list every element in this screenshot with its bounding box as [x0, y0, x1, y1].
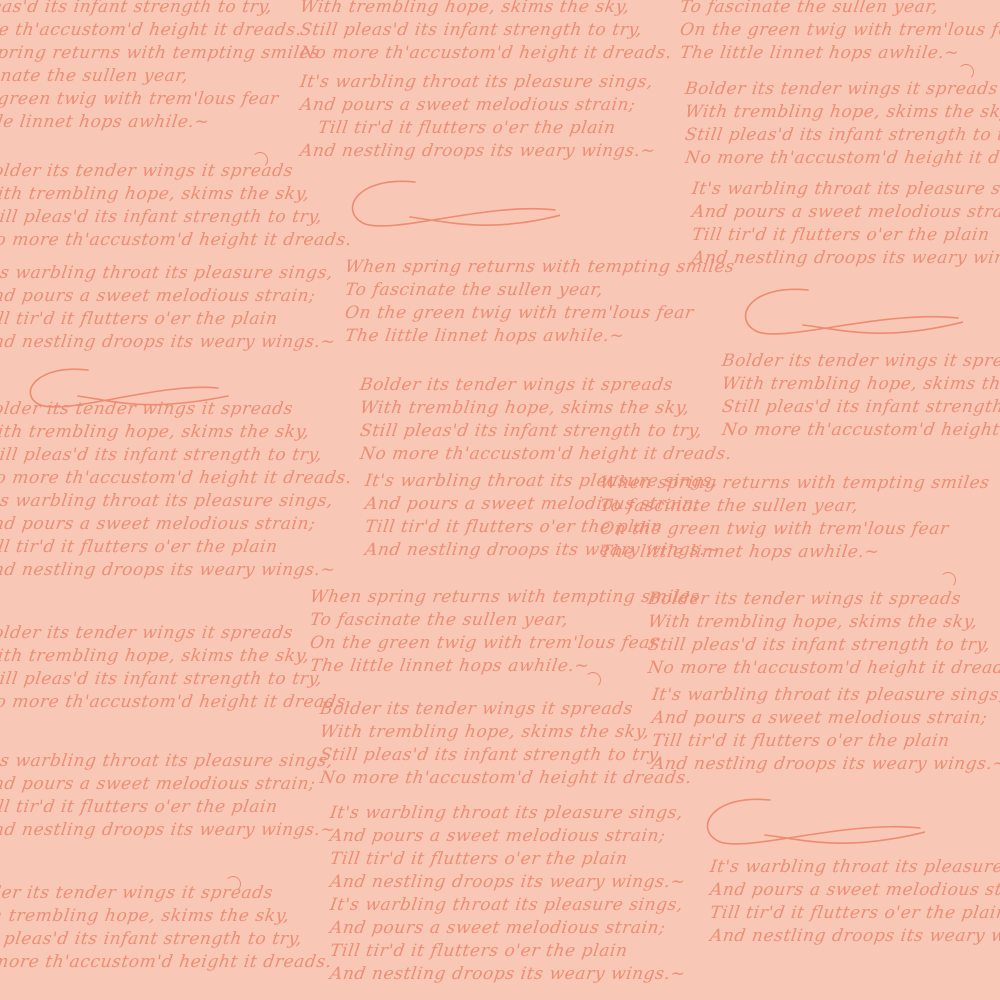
text-block: Bolder its tender wings it spreads With … — [0, 398, 352, 582]
text-block: When spring returns with tempting smiles… — [310, 586, 699, 678]
poem-line: And pours a sweet melodious strain; — [708, 879, 1000, 902]
poem-line: With trembling hope, skims the sky, — [0, 645, 353, 668]
poem-line: Still pleas'd its infant strength to try… — [298, 19, 673, 42]
text-block: It's warbling throat its pleasure sings,… — [0, 262, 335, 354]
poem-line: With trembling hope, skims the sky, — [0, 421, 353, 444]
poem-line: And nestling droops its weary wings.~ — [708, 925, 1000, 948]
poem-line: Still pleas'd its infant strength to try… — [0, 206, 353, 229]
poem-line: And nestling droops its weary wings.~ — [0, 819, 337, 842]
curl-ornament — [585, 672, 601, 688]
poem-line: With trembling hope, skims the sky, — [720, 373, 1000, 396]
text-block: Bolder its tender wings it spreads With … — [360, 374, 732, 466]
text-block: When spring returns with tempting smiles… — [345, 256, 734, 348]
poem-line: And pours a sweet melodious strain; — [328, 825, 687, 848]
poem-line: Till tir'd it flutters o'er the plain — [0, 308, 337, 331]
poem-line: Bolder its tender wings it spreads — [0, 622, 353, 645]
text-block: Bolder its tender wings it spreads With … — [0, 882, 332, 974]
poem-line: And pours a sweet melodious strain; — [298, 94, 673, 117]
poem-line: No more th'accustom'd height it dreads. — [318, 767, 693, 790]
flourish-ornament — [733, 280, 963, 350]
poem-line: On the green twig with trem'lous fear — [598, 518, 991, 541]
poem-line: When spring returns with tempting smiles — [343, 256, 736, 279]
poem-line: No more th'accustom'd height it dreads. — [0, 19, 321, 42]
text-block: With trembling hope, skims the sky, Stil… — [300, 0, 672, 163]
poem-line: The little linnet hops awhile.~ — [678, 42, 1000, 65]
poem-line: With trembling hope, skims the sky, — [358, 397, 733, 420]
poem-line: When spring returns with tempting smiles — [598, 472, 991, 495]
poem-line: And nestling droops its weary wings.~ — [0, 559, 353, 582]
poem-line: With trembling hope, skims the sky, — [0, 183, 353, 206]
poem-line: Bolder its tender wings it spreads — [683, 78, 1000, 101]
poem-line: Still pleas'd its infant strength to try… — [0, 668, 353, 691]
poem-line: And nestling droops its weary wings.~ — [690, 247, 1000, 270]
poem-line: To fascinate the sullen year, — [343, 279, 736, 302]
poem-line: It's warbling throat its pleasure sings, — [298, 71, 673, 94]
poem-line: And pours a sweet melodious strain; — [0, 513, 353, 536]
poem-line: Still pleas'd its infant strength to try… — [646, 634, 1000, 657]
poem-line: When spring returns with tempting smiles — [0, 42, 321, 65]
poem-line: Still pleas'd its infant strength to try… — [0, 0, 321, 19]
poem-line: With trembling hope, skims the sky, — [0, 905, 333, 928]
text-block: Bolder its tender wings it spreads With … — [685, 78, 1000, 170]
poem-line: Bolder its tender wings it spreads — [0, 160, 353, 183]
text-block: Bolder its tender wings it spreads With … — [648, 588, 1000, 680]
poem-line: Till tir'd it flutters o'er the plain — [650, 730, 1000, 753]
text-block: It's warbling throat its pleasure sings,… — [710, 856, 1000, 948]
poem-line: Bolder its tender wings it spreads — [318, 698, 693, 721]
poem-line: Till tir'd it flutters o'er the plain — [708, 902, 1000, 925]
poem-line: The little linnet hops awhile.~ — [598, 541, 991, 564]
poem-line: On the green twig with trem'lous fear — [343, 302, 736, 325]
poem-line: Till tir'd it flutters o'er the plain — [0, 536, 353, 559]
poem-line: To fascinate the sullen year, — [678, 0, 1000, 19]
poem-line: And pours a sweet melodious strain; — [0, 285, 337, 308]
poem-line: Till tir'd it flutters o'er the plain — [298, 117, 673, 140]
curl-ornament — [252, 152, 268, 168]
text-block: Bolder its tender wings it spreads With … — [0, 160, 352, 252]
poem-line: The little linnet hops awhile.~ — [343, 325, 736, 348]
poem-line: It's warbling throat its pleasure sings, — [328, 894, 687, 917]
poem-line: And pours a sweet melodious strain; — [650, 707, 1000, 730]
poem-line: Still pleas'd its infant strength to try… — [358, 420, 733, 443]
poem-line: Till tir'd it flutters o'er the plain — [328, 848, 687, 871]
poem-line: It's warbling throat its pleasure sings, — [328, 802, 687, 825]
poem-line: No more th'accustom'd height it dreads. — [720, 419, 1000, 442]
poem-line: No more th'accustom'd height it dreads. — [683, 147, 1000, 170]
poem-line: And nestling droops its weary wings.~ — [328, 871, 687, 894]
poem-line: On the green twig with trem'lous fear — [678, 19, 1000, 42]
poem-line: And nestling droops its weary wings.~ — [298, 140, 673, 163]
poem-line: And nestling droops its weary wings.~ — [650, 753, 1000, 776]
text-block: Bolder its tender wings it spreads With … — [0, 622, 352, 714]
text-block: Still pleas'd its infant strength to try… — [0, 0, 319, 134]
text-block: Bolder its tender wings it spreads With … — [320, 698, 692, 790]
poem-line: No more th'accustom'd height it dreads. — [0, 951, 333, 974]
text-block: When spring returns with tempting smiles… — [600, 472, 989, 564]
poem-line: Till tir'd it flutters o'er the plain — [0, 796, 337, 819]
poem-line: The little linnet hops awhile.~ — [308, 655, 701, 678]
poem-line: With trembling hope, skims the sky, — [318, 721, 693, 744]
curl-ornament — [940, 572, 956, 588]
poem-line: To fascinate the sullen year, — [308, 609, 701, 632]
text-block: Bolder its tender wings it spreads With … — [722, 350, 1000, 442]
poem-line: With trembling hope, skims the sky, — [646, 611, 1000, 634]
poem-line: It's warbling throat its pleasure sings, — [0, 750, 337, 773]
poem-line: Still pleas'd its infant strength to try… — [720, 396, 1000, 419]
poem-line: On the green twig with trem'lous fear — [0, 88, 321, 111]
poem-line: And nestling droops its weary wings.~ — [0, 331, 337, 354]
poem-line: And pours a sweet melodious strain; — [328, 917, 687, 940]
text-block: To fascinate the sullen year, On the gre… — [680, 0, 1000, 65]
flourish-ornament — [340, 172, 560, 242]
poem-line: No more th'accustom'd height it dreads. — [358, 443, 733, 466]
poem-line: It's warbling throat its pleasure sings, — [0, 490, 353, 513]
poem-line: It's warbling throat its pleasure sings, — [650, 684, 1000, 707]
poem-line: Bolder its tender wings it spreads — [0, 882, 333, 905]
poem-line: The little linnet hops awhile.~ — [0, 111, 321, 134]
poem-line: And pours a sweet melodious strain; — [690, 201, 1000, 224]
poem-line: Still pleas'd its infant strength to try… — [683, 124, 1000, 147]
text-block: It's warbling throat its pleasure sings,… — [330, 802, 685, 986]
poem-line: Bolder its tender wings it spreads — [646, 588, 1000, 611]
poem-line: Still pleas'd its infant strength to try… — [318, 744, 693, 767]
poem-line: No more th'accustom'd height it dreads. — [646, 657, 1000, 680]
poem-line: Still pleas'd its infant strength to try… — [0, 444, 353, 467]
poem-line: It's warbling throat its pleasure sings, — [0, 262, 337, 285]
poem-line: It's warbling throat its pleasure sings, — [708, 856, 1000, 879]
poem-line: And pours a sweet melodious strain; — [0, 773, 337, 796]
poem-line: Still pleas'd its infant strength to try… — [0, 928, 333, 951]
curl-ornament — [225, 876, 241, 892]
poem-line: To fascinate the sullen year, — [598, 495, 991, 518]
poem-line: Bolder its tender wings it spreads — [358, 374, 733, 397]
poem-line: Bolder its tender wings it spreads — [720, 350, 1000, 373]
poem-line: With trembling hope, skims the sky, — [683, 101, 1000, 124]
poem-line: On the green twig with trem'lous fear — [308, 632, 701, 655]
poem-line: And nestling droops its weary wings.~ — [328, 963, 687, 986]
poem-line: No more th'accustom'd height it dreads. — [0, 467, 353, 490]
poem-line: No more th'accustom'd height it dreads. — [0, 229, 353, 252]
poem-line: When spring returns with tempting smiles — [308, 586, 701, 609]
script-pattern-canvas: Still pleas'd its infant strength to try… — [0, 0, 1000, 1000]
poem-line: Till tir'd it flutters o'er the plain — [328, 940, 687, 963]
poem-line: It's warbling throat its pleasure sings, — [690, 178, 1000, 201]
poem-line: Bolder its tender wings it spreads — [0, 398, 353, 421]
poem-line: No more th'accustom'd height it dreads. — [298, 42, 673, 65]
text-block: It's warbling throat its pleasure sings,… — [692, 178, 1000, 270]
curl-ornament — [958, 64, 974, 80]
poem-line: With trembling hope, skims the sky, — [298, 0, 673, 19]
text-block: It's warbling throat its pleasure sings,… — [652, 684, 1000, 776]
poem-line: To fascinate the sullen year, — [0, 65, 321, 88]
flourish-ornament — [695, 790, 925, 860]
text-block: It's warbling throat its pleasure sings,… — [0, 750, 335, 842]
poem-line: No more th'accustom'd height it dreads. — [0, 691, 353, 714]
poem-line: Till tir'd it flutters o'er the plain — [690, 224, 1000, 247]
